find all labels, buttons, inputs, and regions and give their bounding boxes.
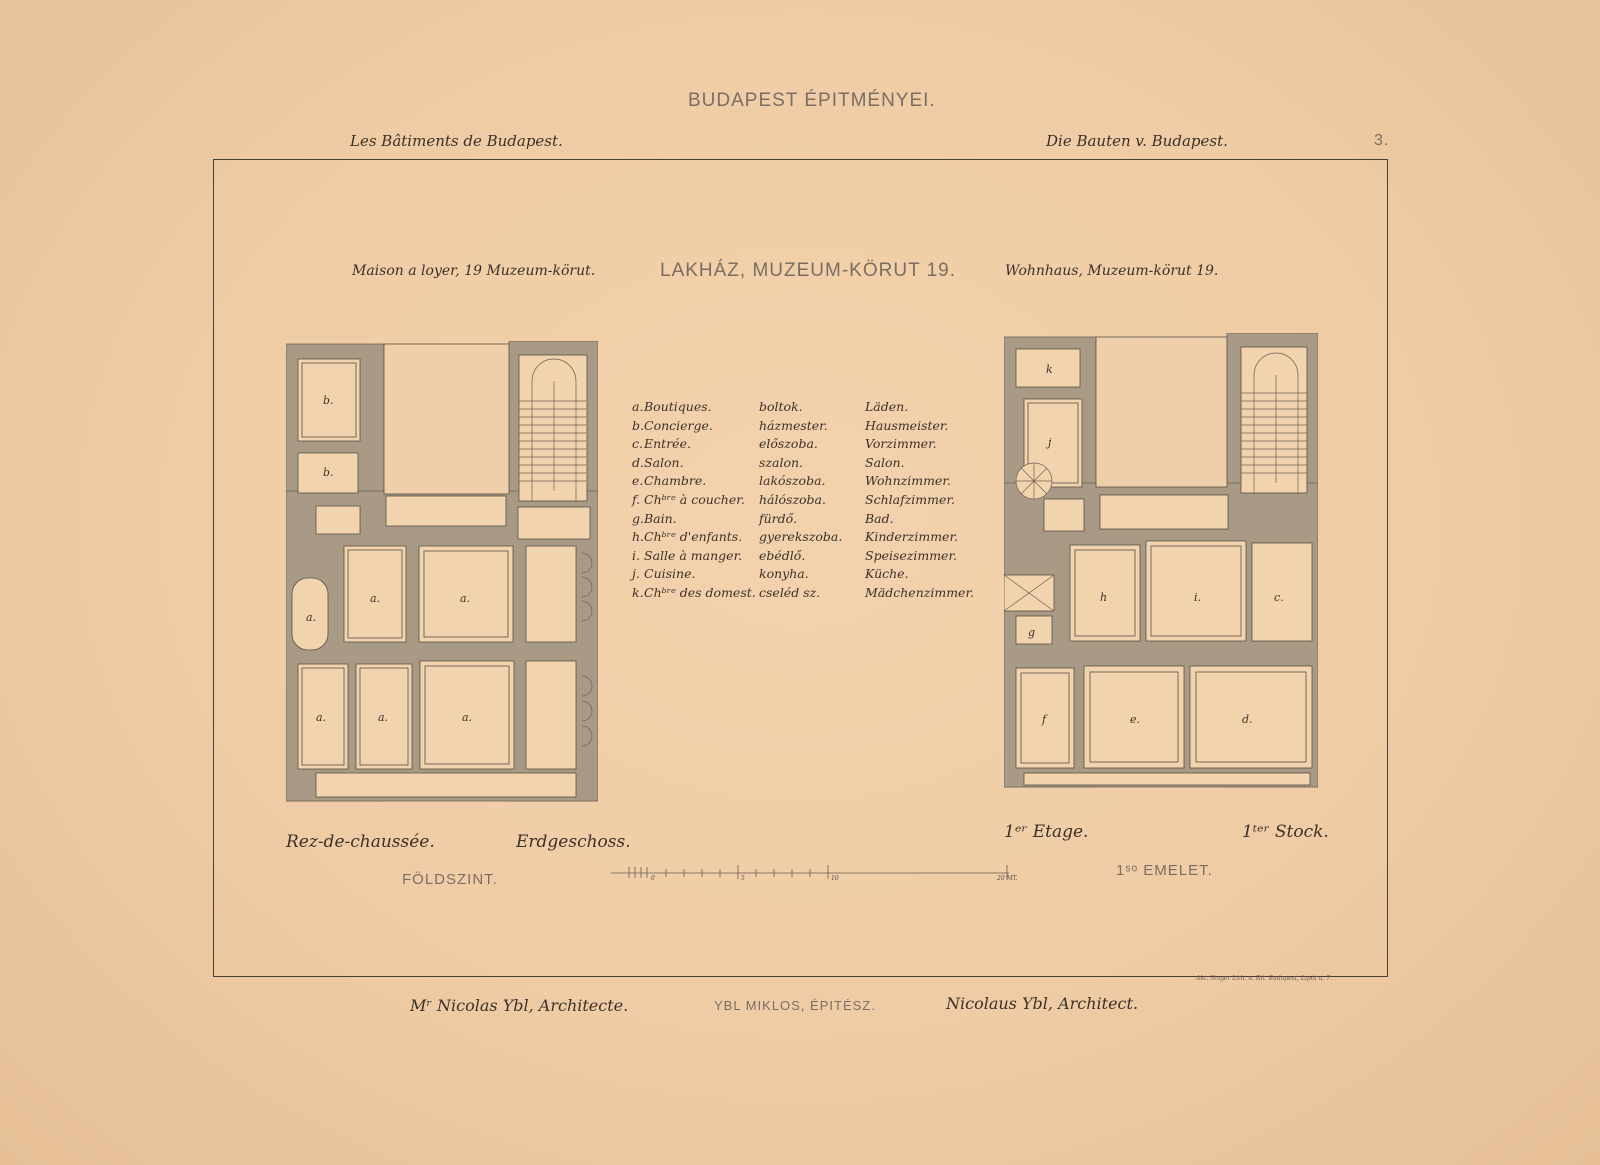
room-label: c. bbox=[1274, 591, 1284, 604]
svg-text:10: 10 bbox=[831, 875, 839, 882]
ground-floor-german: Erdgeschoss. bbox=[516, 832, 631, 852]
building-name-french: Maison a loyer, 19 Muzeum-körut. bbox=[352, 263, 595, 279]
room-label: i. bbox=[1194, 591, 1201, 604]
ground-floor-plan: b. b. a. a. a. a. a. a. bbox=[286, 341, 598, 803]
german-title: Die Bauten v. Budapest. bbox=[1046, 132, 1228, 150]
ground-floor-hungarian: FÖLDSZINT. bbox=[402, 871, 498, 888]
scale-bar: 0 5 10 20 MT. bbox=[611, 865, 1019, 885]
printer-credit: Akt. Singer Lith. u. Rit. Budapest, Lipó… bbox=[1196, 975, 1332, 982]
room-label: a. bbox=[460, 592, 470, 605]
legend-row: i.Salle à manger.ebédlő.Speisezimmer. bbox=[632, 547, 974, 566]
legend-row: b.Concierge.házmester.Hausmeister. bbox=[632, 417, 974, 436]
legend-row: f.Chᵇʳᵉ à coucher.hálószoba.Schlafzimmer… bbox=[632, 491, 974, 510]
architect-french: Mʳ Nicolas Ybl, Architecte. bbox=[410, 996, 628, 1015]
first-floor-plan: k j h i. c. g f e. d. bbox=[1004, 333, 1318, 789]
room-label: g bbox=[1028, 626, 1035, 639]
french-title: Les Bâtiments de Budapest. bbox=[350, 132, 563, 150]
room-label: b. bbox=[323, 394, 334, 407]
room-label: a. bbox=[378, 711, 388, 724]
legend-row: h.Chᵇʳᵉ d'enfants.gyerekszoba.Kinderzimm… bbox=[632, 528, 974, 547]
building-name-hungarian: LAKHÁZ, MUZEUM-KÖRUT 19. bbox=[660, 260, 956, 282]
ground-floor-french: Rez-de-chaussée. bbox=[286, 832, 435, 852]
legend-row: e.Chambre.lakószoba.Wohnzimmer. bbox=[632, 472, 974, 491]
building-name-german: Wohnhaus, Muzeum-körut 19. bbox=[1005, 263, 1218, 279]
room-label: d. bbox=[1242, 713, 1253, 726]
series-title: BUDAPEST ÉPITMÉNYEI. bbox=[688, 90, 936, 112]
svg-text:0: 0 bbox=[651, 875, 655, 882]
plate-number: 3. bbox=[1374, 132, 1389, 150]
legend-row: a.Boutiques.boltok.Läden. bbox=[632, 398, 974, 417]
architect-hungarian: YBL MIKLOS, ÉPITÉSZ. bbox=[714, 998, 876, 1013]
svg-text:20 MT.: 20 MT. bbox=[996, 875, 1018, 882]
legend-row: g.Bain.fürdő.Bad. bbox=[632, 510, 974, 529]
room-label: e. bbox=[1130, 713, 1140, 726]
first-floor-hungarian: 1ˢᵒ EMELET. bbox=[1116, 862, 1213, 879]
room-label: a. bbox=[462, 711, 472, 724]
room-label: a. bbox=[306, 611, 316, 624]
room-label: k bbox=[1046, 363, 1053, 376]
room-label: h bbox=[1100, 591, 1107, 604]
legend-row: c.Entrée.előszoba.Vorzimmer. bbox=[632, 435, 974, 454]
architect-german: Nicolaus Ybl, Architect. bbox=[946, 994, 1138, 1013]
legend-row: d.Salon.szalon.Salon. bbox=[632, 454, 974, 473]
legend-row: k.Chᵇʳᵉ des domest.cseléd sz.Mädchenzimm… bbox=[632, 584, 974, 603]
first-floor-german: 1ᵗᵉʳ Stock. bbox=[1242, 822, 1329, 842]
room-label: a. bbox=[370, 592, 380, 605]
room-label: b. bbox=[323, 466, 334, 479]
first-floor-french: 1ᵉʳ Etage. bbox=[1004, 822, 1088, 842]
legend-row: j.Cuisine.konyha.Küche. bbox=[632, 565, 974, 584]
svg-text:5: 5 bbox=[741, 875, 745, 882]
room-label: a. bbox=[316, 711, 326, 724]
room-legend: a.Boutiques.boltok.Läden. b.Concierge.há… bbox=[632, 398, 974, 603]
